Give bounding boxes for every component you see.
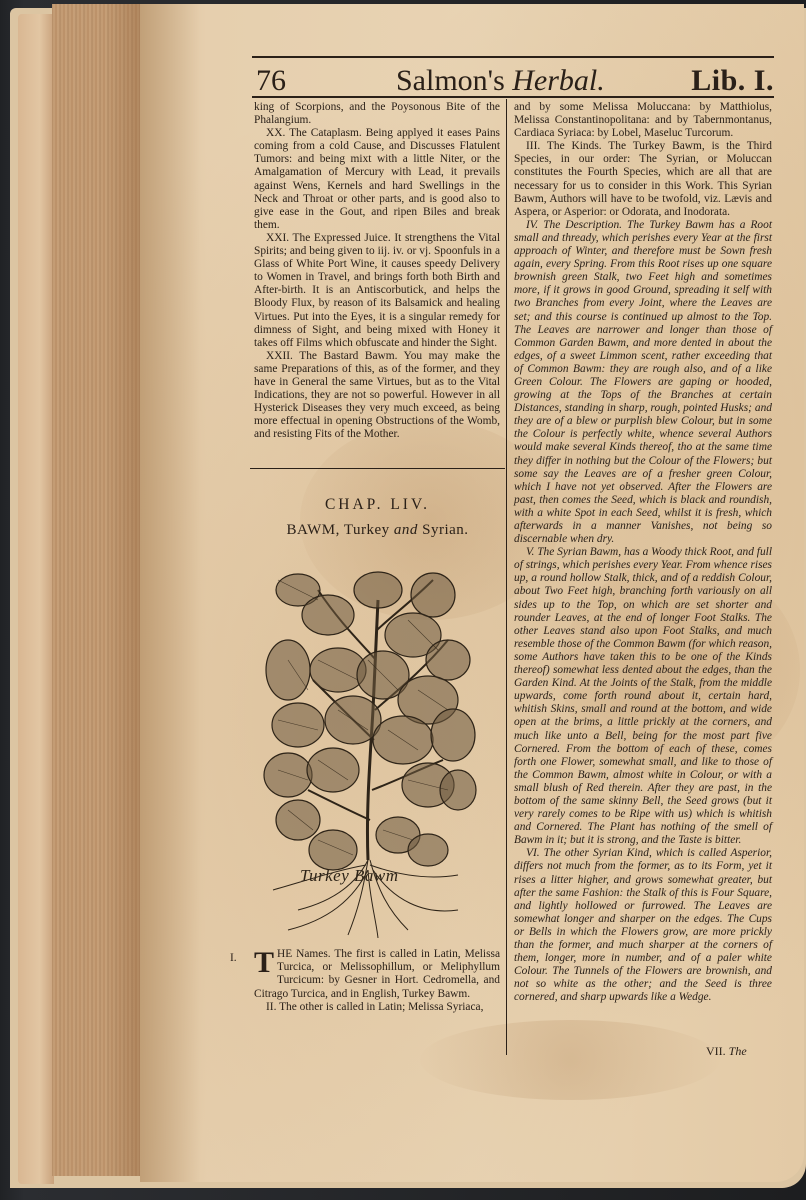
subtitle-part: BAWM, Turkey [286,522,393,538]
running-header: 76 Salmon's Herbal. Lib. I. [252,62,774,98]
book-number: Lib. I. [691,64,774,98]
page-edges-stack [52,4,140,1176]
left-column-text: king of Scorpions, and the Poysonous Bit… [254,101,500,441]
flyleaf-edge [18,14,54,1184]
chapter-subtitle: BAWM, Turkey and Syrian. [250,522,505,539]
section-numeral: I. [230,952,237,965]
catchword-roman: VII. [706,1044,729,1058]
page-number: 76 [256,64,286,98]
paragraph: and by some Melissa Moluccana: by Matthi… [514,101,772,140]
drop-cap: T [254,950,274,976]
chapter-separator-rule [250,468,505,469]
paragraph-xx-cataplasm: XX. The Cataplasm. Being applyed it ease… [254,127,500,232]
catchword: VII. The [706,1044,747,1059]
subtitle-part: and [394,522,418,538]
paragraph-xxi-expressed-juice: XXI. The Expressed Juice. It strengthens… [254,232,500,350]
names-section: I. T HE Names. The first is called in La… [254,948,500,1014]
column-divider [506,99,507,1055]
paragraph-iv-description: IV. The Description. The Turkey Bawm has… [514,219,772,546]
running-title-italic: Herbal. [512,64,605,97]
right-column-text: and by some Melissa Moluccana: by Matthi… [514,101,772,1004]
paragraph-vi-other-syrian-kind: VI. The other Syrian Kind, which is call… [514,847,772,1004]
second-names-paragraph: II. The other is called in Latin; Meliss… [254,1001,500,1014]
paragraph-v-syrian-bawm: V. The Syrian Bawm, has a Woody thick Ro… [514,546,772,847]
chapter-heading: CHAP. LIV. [250,496,505,514]
foxing-stain [420,1020,720,1100]
names-paragraph: HE Names. The first is called in Latin, … [254,948,500,1000]
paragraph-xxii-bastard-bawm: XXII. The Bastard Bawm. You may make the… [254,350,500,442]
illustration-caption: Turkey Bawm [300,866,399,886]
gutter-shadow [140,4,200,1182]
header-bottom-rule [252,96,774,98]
paragraph-iii-kinds: III. The Kinds. The Turkey Bawm, is the … [514,140,772,219]
subtitle-part: Syrian. [418,522,469,538]
paragraph: king of Scorpions, and the Poysonous Bit… [254,101,500,127]
catchword-italic: The [729,1044,747,1058]
header-top-rule [252,56,774,58]
running-title: Salmon's Herbal. [396,64,605,98]
running-title-roman: Salmon's [396,64,505,97]
